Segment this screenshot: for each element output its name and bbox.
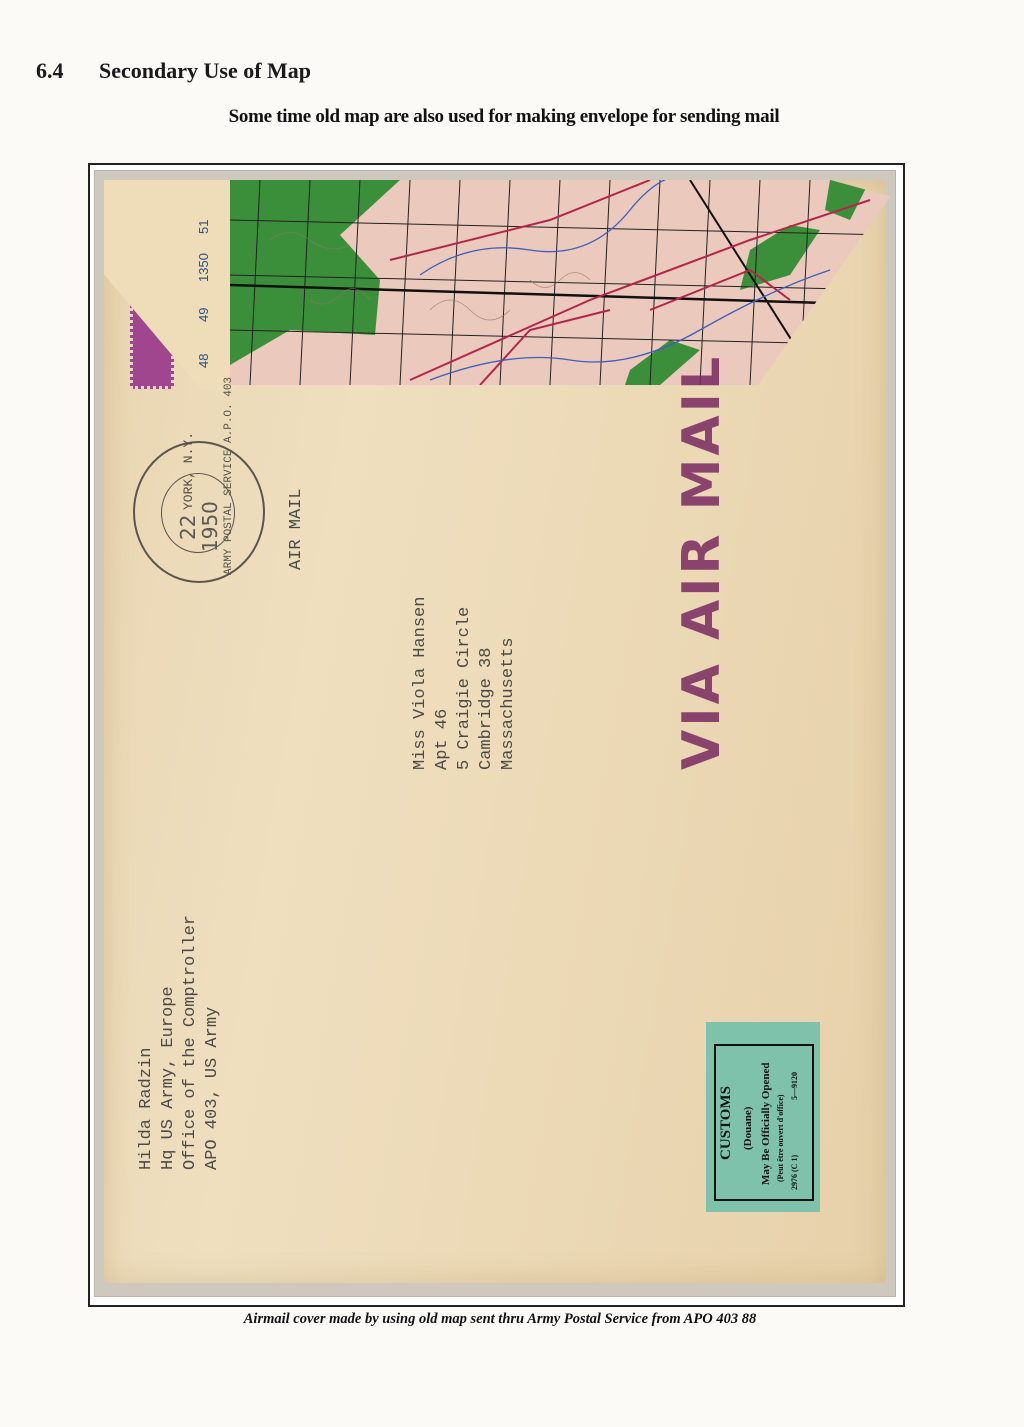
map-margin-numbers: 48 49 1350 51 [196,200,218,380]
air-mail-typed: AIR MAIL [286,488,308,570]
sender-address: Hilda Radzin Hq US Army, Europe Office o… [136,915,224,1170]
customs-title: CUSTOMS [718,1086,735,1160]
customs-subtitle: (Douane) [742,1107,754,1150]
sender-line: Hilda Radzin [136,915,158,1170]
customs-line2: (Peut être ouvert d'office) [776,1094,785,1182]
customs-code-left: 2976 (C 1) [790,1155,799,1190]
section-heading: 6.4 Secondary Use of Map [36,58,311,84]
via-air-mail-handstamp: VIA AIR MAIL [672,354,732,770]
customs-line1: May Be Officially Opened [760,1062,772,1185]
page-subtitle: Some time old map are also used for maki… [0,106,1008,128]
figure-caption: Airmail cover made by using old map sent… [0,1311,1000,1328]
recipient-line: Massachusetts [498,597,520,770]
margin-number: 48 [196,354,211,368]
margin-number: 51 [196,220,211,234]
postmark-top-text: YORK, N.Y. [178,432,200,510]
recipient-line: Miss Viola Hansen [410,597,432,770]
customs-code-right: 5—9120 [790,1072,799,1100]
recipient-line: Cambridge 38 [476,597,498,770]
postmark-year: 1950 [198,501,222,552]
margin-number: 1350 [196,253,211,282]
recipient-line: Apt 46 [432,597,454,770]
section-number: 6.4 [36,58,99,84]
section-title: Secondary Use of Map [99,58,311,84]
margin-number: 49 [196,308,211,322]
sender-line: APO 403, US Army [202,915,224,1170]
sender-line: Office of the Comptroller [180,915,202,1170]
sender-line: Hq US Army, Europe [158,915,180,1170]
recipient-address: Miss Viola Hansen Apt 46 5 Craigie Circl… [410,597,520,770]
postmark-date: 22 [176,515,200,540]
recipient-line: 5 Craigie Circle [454,597,476,770]
